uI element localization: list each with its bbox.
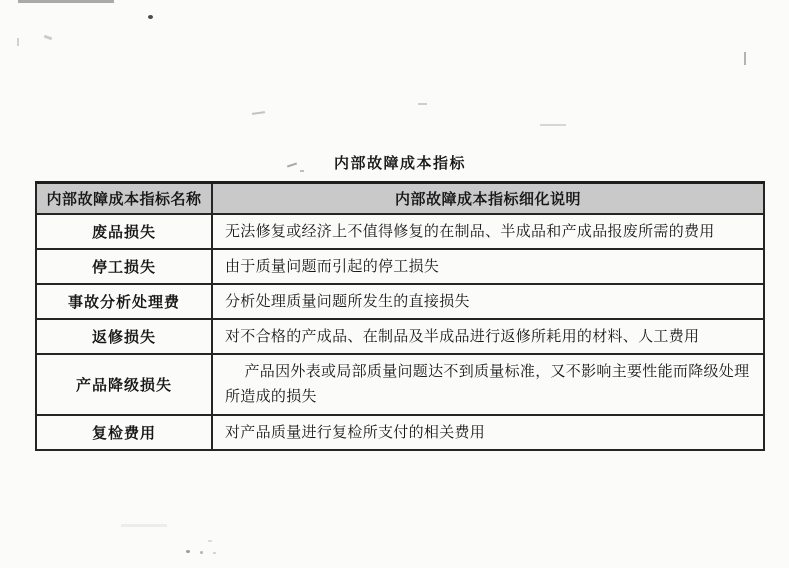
header-indicator-name: 内部故障成本指标名称 xyxy=(36,183,212,214)
indicator-description: 产品因外表或局部质量问题达不到质量标准，又不影响主要性能而降级处理所造成的损失 xyxy=(212,354,764,415)
indicator-name: 产品降级损失 xyxy=(36,354,212,415)
indicator-description: 由于质量问题而引起的停工损失 xyxy=(212,249,764,284)
scan-artifact xyxy=(186,550,190,553)
scan-artifact xyxy=(213,552,216,554)
indicator-name: 返修损失 xyxy=(36,319,212,354)
scan-artifact xyxy=(540,124,566,126)
header-indicator-detail: 内部故障成本指标细化说明 xyxy=(212,183,764,214)
scan-artifact xyxy=(208,540,212,542)
scan-artifact xyxy=(18,0,114,3)
scanned-page: 内部故障成本指标 内部故障成本指标名称 内部故障成本指标细化说明 废品损失 无法… xyxy=(0,0,789,568)
table-row: 废品损失 无法修复或经济上不值得修复的在制品、半成品和产成品报废所需的费用 xyxy=(36,214,764,249)
scan-artifact xyxy=(744,52,746,65)
scan-artifact xyxy=(148,15,153,19)
table-row: 事故分析处理费 分析处理质量问题所发生的直接损失 xyxy=(36,284,764,319)
table-row: 产品降级损失 产品因外表或局部质量问题达不到质量标准，又不影响主要性能而降级处理… xyxy=(36,354,764,415)
scan-artifact xyxy=(121,524,167,527)
scan-artifact xyxy=(17,38,19,46)
table-title: 内部故障成本指标 xyxy=(35,152,765,173)
indicator-name: 废品损失 xyxy=(36,214,212,249)
indicator-name: 事故分析处理费 xyxy=(36,284,212,319)
indicator-name: 停工损失 xyxy=(36,249,212,284)
indicator-description: 对产品质量进行复检所支付的相关费用 xyxy=(212,415,764,450)
table-header-row: 内部故障成本指标名称 内部故障成本指标细化说明 xyxy=(36,183,764,214)
scan-artifact xyxy=(44,35,53,41)
indicator-description: 对不合格的产成品、在制品及半成品进行返修所耗用的材料、人工费用 xyxy=(212,319,764,354)
internal-failure-cost-table: 内部故障成本指标名称 内部故障成本指标细化说明 废品损失 无法修复或经济上不值得… xyxy=(35,181,765,451)
scan-artifact xyxy=(418,103,427,105)
table-row: 停工损失 由于质量问题而引起的停工损失 xyxy=(36,249,764,284)
table-row: 复检费用 对产品质量进行复检所支付的相关费用 xyxy=(36,415,764,450)
indicator-description: 分析处理质量问题所发生的直接损失 xyxy=(212,284,764,319)
table-row: 返修损失 对不合格的产成品、在制品及半成品进行返修所耗用的材料、人工费用 xyxy=(36,319,764,354)
scan-artifact xyxy=(200,551,203,554)
indicator-name: 复检费用 xyxy=(36,415,212,450)
indicator-description: 无法修复或经济上不值得修复的在制品、半成品和产成品报废所需的费用 xyxy=(212,214,764,249)
scan-artifact xyxy=(252,111,265,115)
